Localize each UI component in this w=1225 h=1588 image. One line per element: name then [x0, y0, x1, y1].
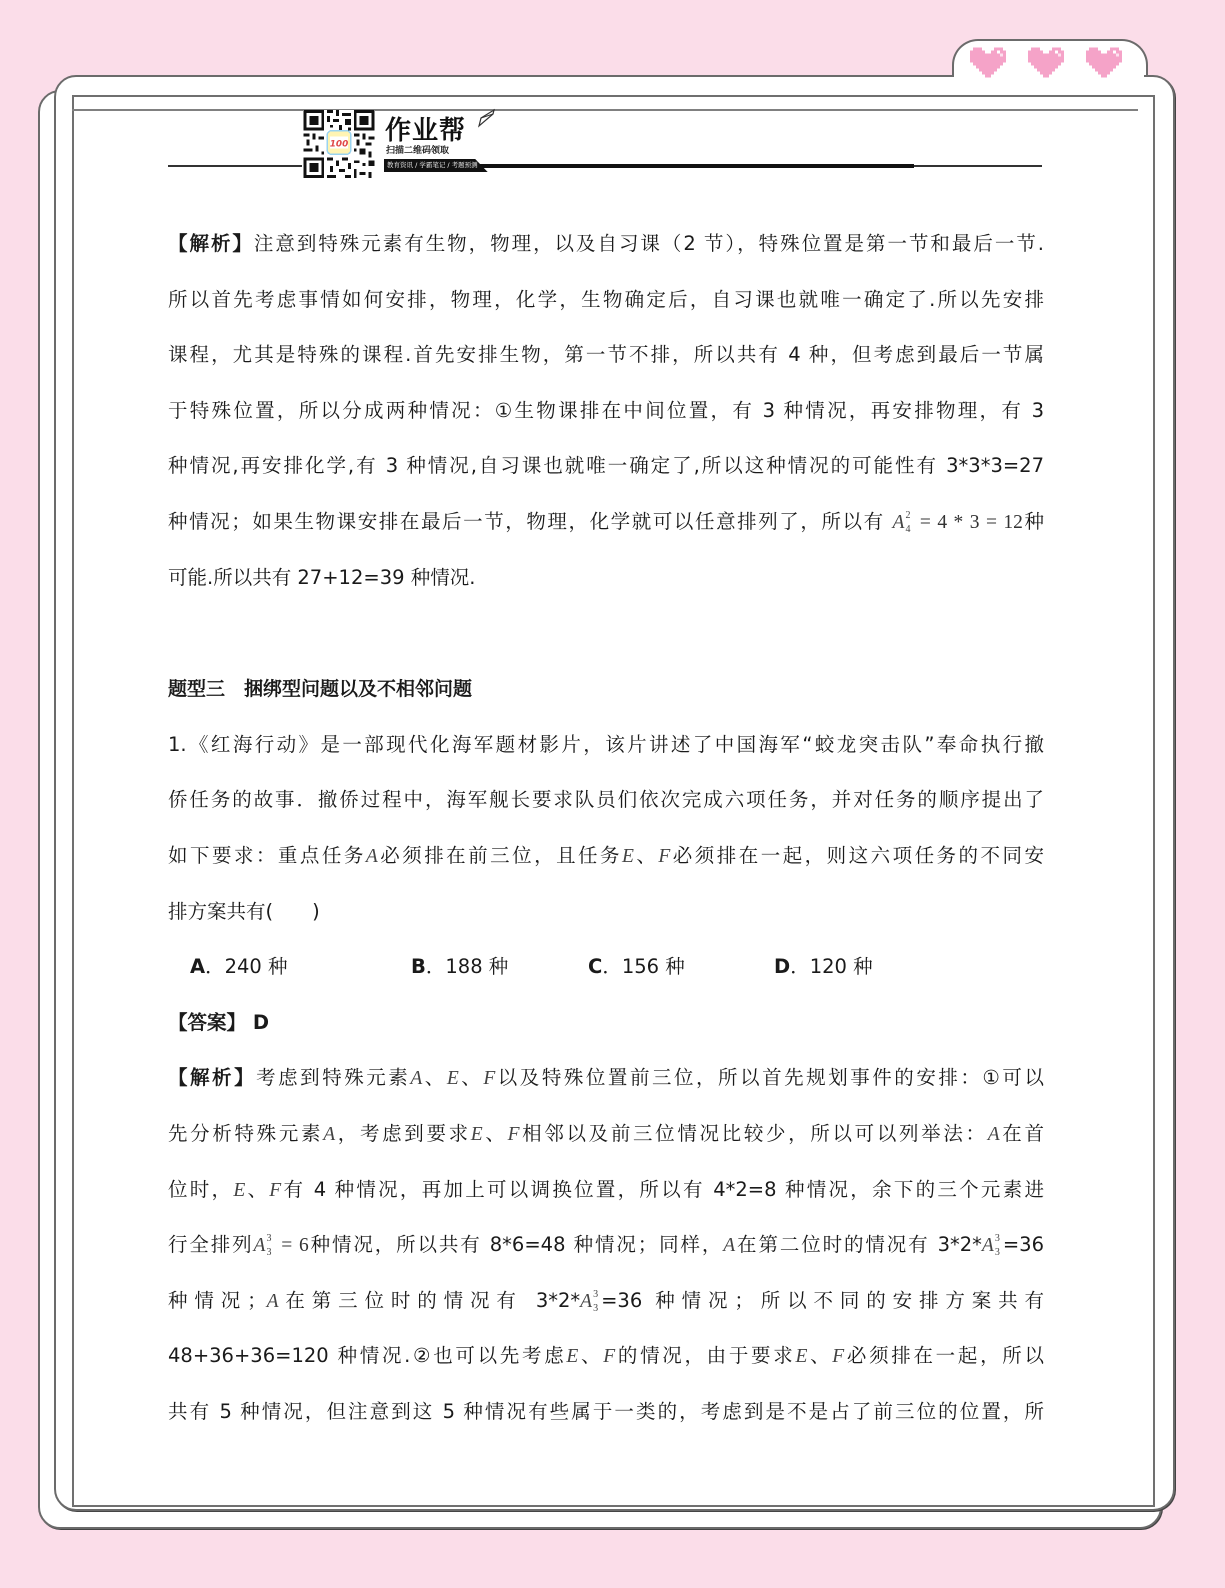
analysis-label: 【解析】 — [168, 1066, 256, 1089]
analysis2-line-6: 48+36+36=120 种情况.②也可以先考虑E、F的情况，由于要求E、F必须… — [168, 1334, 1044, 1390]
brand-subtitle: 扫描二维码领取 — [386, 143, 449, 156]
analysis2-line-4: 行全排列A33 = 6种情况，所以共有 8*6=48 种情况；同样，A在第二位时… — [168, 1223, 1044, 1279]
text: 必须排在一起，则这六项任务的不同安 — [670, 844, 1044, 867]
answer-value: D — [253, 1011, 269, 1034]
header-rule-thick — [476, 164, 914, 168]
option-c[interactable]: C．156 种 — [588, 945, 685, 989]
text: 必须排在前三位，且任务 — [378, 844, 622, 867]
analysis2-line-5: 种情况；A在第三位时的情况有 3*2*A33=36 种情况；所以不同的安排方案共… — [168, 1279, 1044, 1335]
document-body: 【解析】注意到特殊元素有生物，物理，以及自习课（2 节），特殊位置是第一节和最后… — [168, 222, 1044, 1445]
analysis1-line-3: 课程，尤其是特殊的课程.首先安排生物，第一节不排，所以共有 4 种，但考虑到最后… — [168, 333, 1044, 389]
analysis2-line-1: 【解析】考虑到特殊元素A、E、F以及特殊位置前三位，所以首先规划事件的安排：①可… — [168, 1056, 1044, 1112]
option-b[interactable]: B．188 种 — [411, 945, 508, 989]
analysis1-line-5: 种情况,再安排化学,有 3 种情况,自习课也就唯一确定了,所以这种情况的可能性有… — [168, 444, 1044, 500]
header-rule-right — [914, 165, 1042, 167]
heart-icon — [970, 44, 1006, 78]
text: 种 — [1023, 510, 1044, 533]
option-d[interactable]: D．120 种 — [774, 945, 873, 989]
analysis1-line-7: 可能.所以共有 27+12=39 种情况. — [168, 556, 1044, 612]
math-var: A — [366, 846, 378, 867]
answer-label: 【答案】 — [168, 1011, 246, 1034]
analysis2-line-2: 先分析特殊元素A，考虑到要求E、F相邻以及前三位情况比较少，所以可以列举法：A在… — [168, 1112, 1044, 1168]
option-a[interactable]: A．240 种 — [190, 945, 288, 989]
page-frame-topbar — [72, 109, 1138, 111]
question-line-2: 侨任务的故事．撤侨过程中，海军舰长要求队员们依次完成六项任务，并对任务的顺序提出… — [168, 778, 1044, 834]
analysis2-line-7: 共有 5 种情况，但注意到这 5 种情况有些属于一类的，考虑到是不是占了前三位的… — [168, 1390, 1044, 1446]
hearts-group — [970, 44, 1122, 78]
text: 如下要求：重点任务 — [168, 844, 366, 867]
answer-options: A．240 种 B．188 种 C．156 种 D．120 种 — [168, 945, 1044, 1001]
math-var: E — [622, 846, 634, 867]
spacer — [168, 611, 1044, 667]
math-var: F — [658, 846, 670, 867]
question-line-3: 如下要求：重点任务A必须排在前三位，且任务E、F必须排在一起，则这六项任务的不同… — [168, 834, 1044, 890]
analysis1-line-2: 所以首先考虑事情如何安排，物理，化学，生物确定后，自习课也就唯一确定了.所以先安… — [168, 278, 1044, 334]
analysis1-line-4: 于特殊位置，所以分成两种情况：①生物课排在中间位置，有 3 种情况，再安排物理，… — [168, 389, 1044, 445]
section-title: 题型三 捆绑型问题以及不相邻问题 — [168, 667, 1044, 723]
text: 种情况；如果生物课安排在最后一节，物理，化学就可以任意排列了，所以有 — [168, 510, 885, 533]
heart-icon — [1028, 44, 1064, 78]
brand-tagline: 教育资讯 / 学霸笔记 / 考题预测 — [384, 159, 488, 172]
math-permutation: A24 — [893, 501, 914, 545]
svg-text:100: 100 — [330, 139, 349, 149]
heart-icon — [1086, 44, 1122, 78]
analysis1-line-1: 【解析】注意到特殊元素有生物，物理，以及自习课（2 节），特殊位置是第一节和最后… — [168, 222, 1044, 278]
math-permutation: A33 — [982, 1224, 1003, 1268]
math-permutation: A33 — [254, 1224, 275, 1268]
question-line-1: 1.《红海行动》是一部现代化海军题材影片，该片讲述了中国海军“蛟龙突击队”奉命执… — [168, 723, 1044, 779]
answer-line: 【答案】 D — [168, 1001, 1044, 1057]
analysis-label: 【解析】 — [168, 232, 254, 255]
text: 注意到特殊元素有生物，物理，以及自习课（2 节），特殊位置是第一节和最后一节. — [254, 232, 1044, 255]
analysis1-line-6: 种情况；如果生物课安排在最后一节，物理，化学就可以任意排列了，所以有 A24 =… — [168, 500, 1044, 556]
qr-code[interactable]: 100 — [303, 110, 375, 178]
pen-icon — [477, 108, 497, 132]
math-expression: = 4 * 3 = 12 — [913, 512, 1022, 533]
question-line-4: 排方案共有( ) — [168, 890, 1044, 946]
brand-title: 作业帮 — [385, 110, 466, 147]
analysis2-line-3: 位时，E、F有 4 种情况，再加上可以调换位置，所以有 4*2=8 种情况，余下… — [168, 1168, 1044, 1224]
text: 、 — [634, 844, 658, 867]
math-permutation: A33 — [580, 1280, 601, 1324]
header-rule-left — [168, 165, 302, 167]
